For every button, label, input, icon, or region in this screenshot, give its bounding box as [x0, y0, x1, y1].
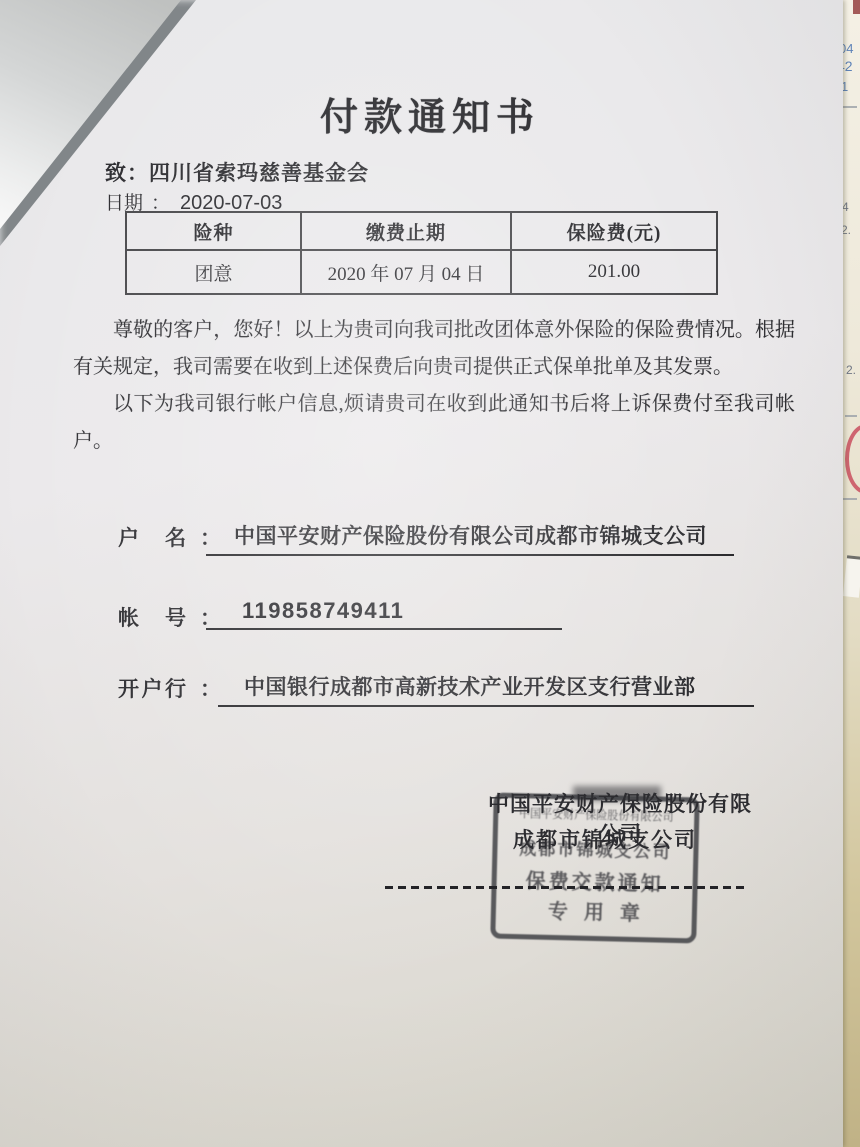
account-number-value: 119858749411: [206, 598, 562, 630]
signature-company-line2: 成都市锦城支公司: [485, 824, 725, 854]
recipient-label: 致：: [105, 161, 149, 185]
stamp-purpose: 保费交款通知: [496, 864, 693, 898]
cell-payment-due: 2020 年 07 月 04 日: [301, 250, 511, 294]
header-premium: 保险费(元): [511, 212, 717, 250]
edge-line: [843, 498, 857, 500]
signature-dashed-line: [385, 886, 745, 889]
recipient-name: 四川省索玛慈善基金会: [149, 161, 369, 185]
edge-line: [845, 415, 857, 417]
cell-insurance-type: 团意: [126, 250, 301, 294]
account-name-value: 中国平安财产保险股份有限公司成都市锦城支公司: [206, 520, 734, 556]
document-page: 付款通知书 致：四川省索玛慈善基金会 日期：2020-07-03 险种 缴费止期…: [0, 0, 843, 1147]
header-payment-due: 缴费止期: [301, 212, 511, 250]
edge-fragment-text: 2.: [846, 364, 856, 376]
photo-of-payment-notice: 04 42 1 4 2. 2. 付款通知书 致：四川省索玛慈善基金会 日期：20…: [0, 0, 860, 1147]
account-number-row: 帐号： 119858749411: [118, 602, 221, 632]
paragraph-1: 尊敬的客户，您好！以上为贵司向我司批改团体意外保险的保险费情况。根据有关规定，我…: [73, 312, 795, 386]
recipient-line: 致：四川省索玛慈善基金会: [105, 157, 369, 187]
table-data-row: 团意 2020 年 07 月 04 日 201.00: [126, 250, 717, 294]
edge-fragment-text: 4: [842, 201, 849, 213]
cell-premium: 201.00: [511, 250, 717, 294]
stamp-special-seal: 专用章: [496, 894, 693, 928]
bank-branch-value: 中国银行成都市高新技术产业开发区支行营业部: [218, 671, 754, 707]
corner-red-mark: [853, 0, 860, 14]
page-title: 付款通知书: [0, 86, 860, 141]
table-header-row: 险种 缴费止期 保险费(元): [126, 212, 717, 250]
bank-branch-row: 开户行： 中国银行成都市高新技术产业开发区支行营业部: [118, 673, 221, 703]
account-number-label: 帐号: [118, 602, 186, 632]
account-name-label: 户名: [118, 522, 186, 552]
account-name-row: 户名： 中国平安财产保险股份有限公司成都市锦城支公司: [118, 522, 221, 552]
paragraph-2: 以下为我司银行帐户信息,烦请贵司在收到此通知书后将上诉保费付至我司帐户。: [73, 386, 795, 460]
header-insurance-type: 险种: [126, 212, 301, 250]
edge-paper-tab: [843, 555, 860, 597]
body-paragraphs: 尊敬的客户，您好！以上为贵司向我司批改团体意外保险的保险费情况。根据有关规定，我…: [73, 312, 795, 460]
premium-table: 险种 缴费止期 保险费(元) 团意 2020 年 07 月 04 日 201.0…: [125, 211, 718, 295]
bank-branch-label: 开户行: [118, 673, 186, 703]
